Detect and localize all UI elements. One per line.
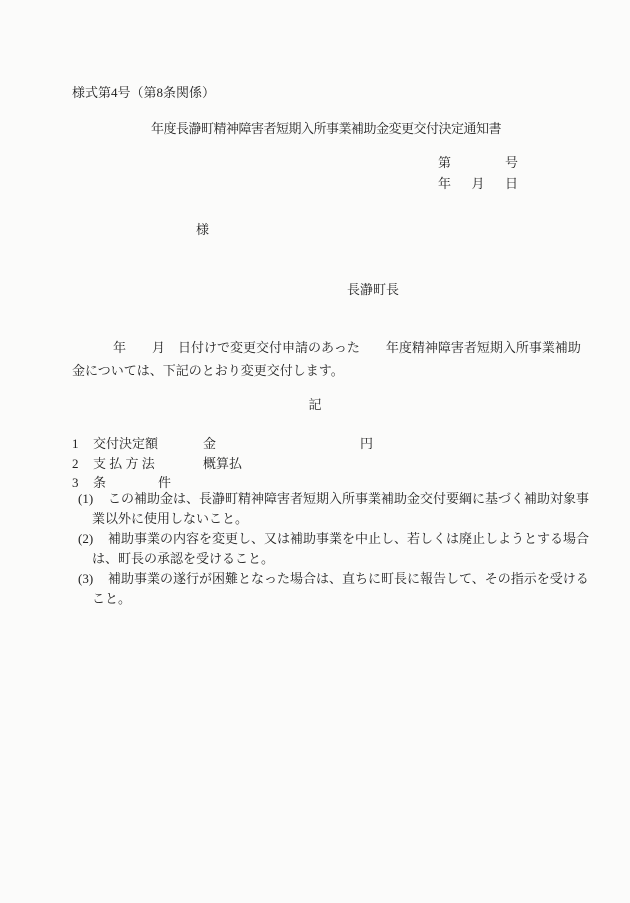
item-number: 1 — [72, 435, 79, 452]
record-heading: 記 — [0, 396, 630, 413]
item-label: 条 件 — [93, 474, 171, 491]
condition-3-line-1: 補助事業の遂行が困難となった場合は、直ちに町長に報告して、その指示を受ける — [108, 570, 589, 587]
item-number: 2 — [72, 455, 79, 472]
item-value-suffix: 円 — [360, 435, 373, 452]
date-day-label: 日 — [505, 175, 518, 192]
date-line: 年 月 日 — [438, 175, 518, 192]
condition-1-line-2: 業以外に使用しないこと。 — [92, 510, 248, 527]
document-number-prefix: 第 — [438, 154, 451, 171]
condition-3-number: (3) — [78, 570, 93, 587]
item-value: 概算払 — [203, 455, 242, 472]
item-row-grant-amount: 1 交付決定額 金 円 — [0, 435, 630, 453]
date-month-label: 月 — [471, 175, 484, 192]
body-paragraph-line-2: 金については、下記のとおり変更交付します。 — [72, 362, 344, 379]
document-title: 年度長瀞町精神障害者短期入所事業補助金変更交付決定通知書 — [0, 120, 630, 137]
body-paragraph-line-1: 年 月 日付けで変更交付申請のあった 年度精神障害者短期入所事業補助 — [113, 339, 581, 356]
item-row-payment-method: 2 支 払 方 法 概算払 — [0, 455, 630, 473]
document-number-suffix: 号 — [505, 154, 518, 171]
item-label: 支 払 方 法 — [93, 455, 155, 472]
condition-1-number: (1) — [78, 490, 93, 507]
condition-2-number: (2) — [78, 530, 93, 547]
item-value-prefix: 金 — [203, 435, 216, 452]
item-label: 交付決定額 — [93, 435, 158, 452]
document-page: 様式第4号（第8条関係） 年度長瀞町精神障害者短期入所事業補助金変更交付決定通知… — [0, 0, 630, 903]
document-number-line: 第 号 — [438, 154, 518, 171]
condition-2-line-2: は、町長の承認を受けること。 — [92, 550, 274, 567]
condition-2-line-1: 補助事業の内容を変更し、又は補助事業を中止し、若しくは廃止しようとする場合 — [108, 530, 589, 547]
addressee-honorific: 様 — [196, 221, 209, 238]
condition-1-line-1: この補助金は、長瀞町精神障害者短期入所事業補助金交付要綱に基づく補助対象事 — [108, 490, 589, 507]
form-number-label: 様式第4号（第8条関係） — [72, 84, 215, 101]
date-year-label: 年 — [438, 175, 451, 192]
sender-title: 長瀞町長 — [347, 281, 399, 298]
condition-3-line-2: こと。 — [92, 590, 131, 607]
item-number: 3 — [72, 474, 79, 491]
